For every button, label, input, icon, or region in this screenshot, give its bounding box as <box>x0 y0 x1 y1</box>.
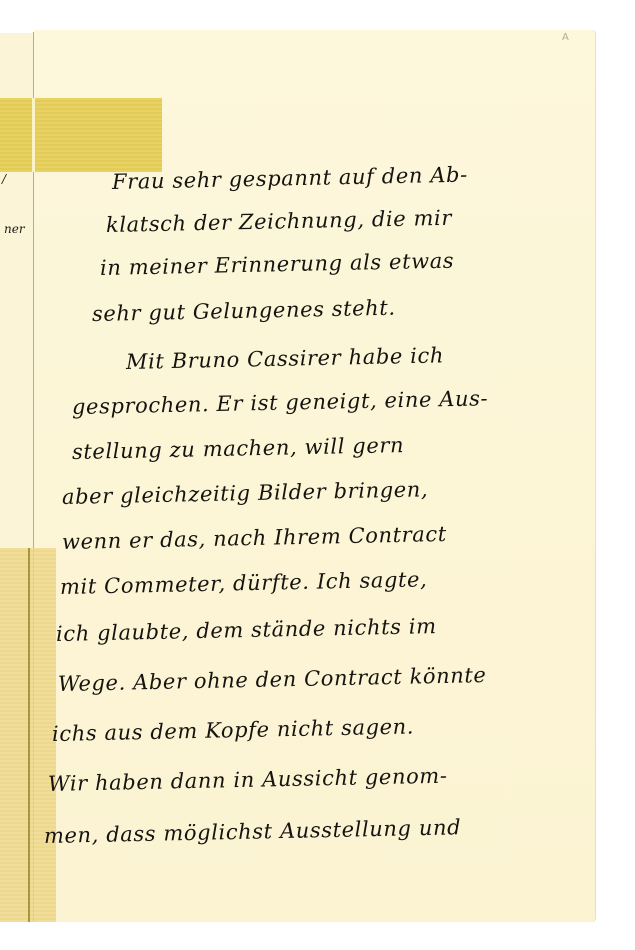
corner-mark: A <box>562 32 569 43</box>
left-stub-fragment: ner <box>4 222 25 236</box>
tape-strip-left-seam <box>28 548 30 922</box>
left-stub-fragment: / <box>2 172 6 186</box>
tape-strip-top <box>0 98 162 172</box>
tape-strip-top-gap <box>32 98 35 172</box>
